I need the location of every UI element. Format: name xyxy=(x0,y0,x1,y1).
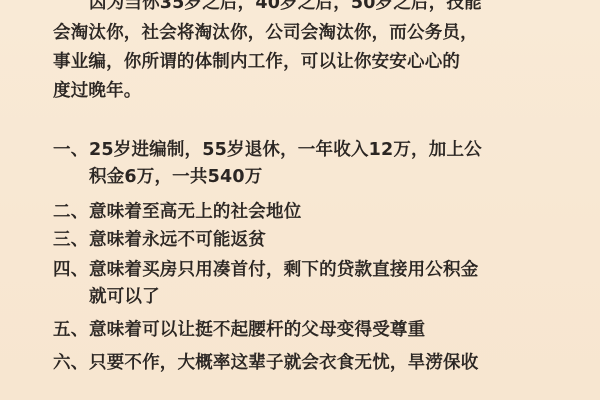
list-marker: 二、 xyxy=(53,201,89,223)
intro-line-1: 因为当你35岁之后，40岁之后，50岁之后，技能 xyxy=(89,0,482,14)
list-item-1-continuation: 积金6万，一共540万 xyxy=(89,166,262,188)
list-item-3: 三、意味着永远不可能返贫 xyxy=(53,229,266,251)
list-item-2: 二、意味着至高无上的社会地位 xyxy=(53,201,301,223)
intro-line-4: 度过晚年。 xyxy=(53,80,142,102)
list-marker: 六、 xyxy=(53,352,89,374)
list-item-text: 意味着买房只用凑首付，剩下的贷款直接用公积金 xyxy=(89,260,478,280)
intro-line-3: 事业编，你所谓的体制内工作，可以让你安安心心的 xyxy=(53,51,460,73)
list-item-4: 四、意味着买房只用凑首付，剩下的贷款直接用公积金 xyxy=(53,259,478,281)
intro-line-2: 会淘汰你，社会将淘汰你，公司会淘汰你，而公务员， xyxy=(53,22,478,44)
list-item-5: 五、意味着可以让挺不起腰杆的父母变得受尊重 xyxy=(53,319,425,341)
list-item-text: 25岁进编制，55岁退休，一年收入12万，加上公 xyxy=(89,140,482,160)
list-item-text: 只要不作，大概率这辈子就会衣食无忧，旱涝保收 xyxy=(89,353,478,373)
document-page: 因为当你35岁之后，40岁之后，50岁之后，技能 会淘汰你，社会将淘汰你，公司会… xyxy=(0,0,600,400)
list-item-4-continuation: 就可以了 xyxy=(89,286,160,308)
list-item-text: 意味着至高无上的社会地位 xyxy=(89,202,301,222)
list-item-text: 意味着可以让挺不起腰杆的父母变得受尊重 xyxy=(89,320,425,340)
list-marker: 一、 xyxy=(53,139,89,161)
list-marker: 三、 xyxy=(53,229,89,251)
list-item-6: 六、只要不作，大概率这辈子就会衣食无忧，旱涝保收 xyxy=(53,352,478,374)
list-item-text: 意味着永远不可能返贫 xyxy=(89,230,266,250)
list-item-1: 一、25岁进编制，55岁退休，一年收入12万，加上公 xyxy=(53,139,482,161)
list-marker: 四、 xyxy=(53,259,89,281)
list-marker: 五、 xyxy=(53,319,89,341)
